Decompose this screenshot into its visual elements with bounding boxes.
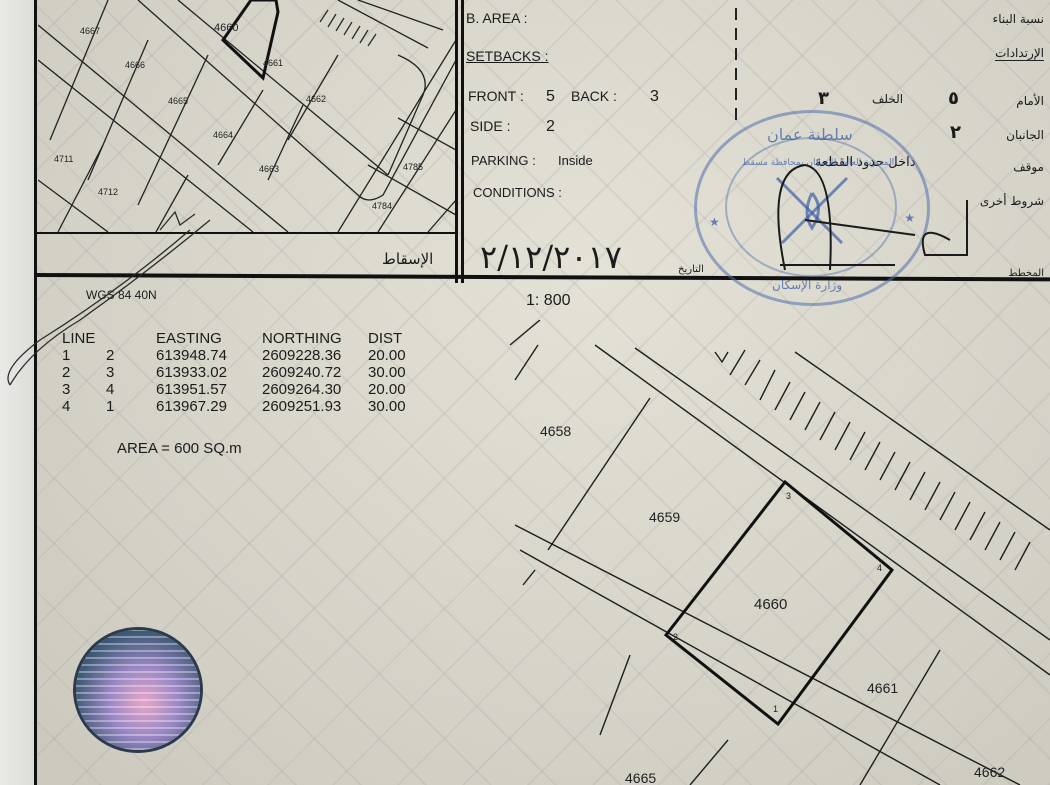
plot-label-4659: 4659 (649, 509, 680, 525)
b-area-label: B. AREA : (466, 10, 527, 26)
coordinate-cell: 2609264.30 (262, 381, 368, 398)
key-plot-label: 4663 (259, 164, 279, 174)
plot-label-4665: 4665 (625, 770, 656, 785)
conditions-label-ar: شروط أخرى (980, 194, 1044, 208)
conditions-label: CONDITIONS : (473, 185, 562, 200)
stamp-top-text: سلطنة عمان (767, 125, 853, 144)
coordinate-cell: 2609251.93 (262, 398, 368, 415)
parking-value: Inside (558, 153, 593, 168)
key-plot-label: 4661 (263, 58, 283, 68)
parking-label-ar: موقف (1013, 160, 1044, 174)
key-plot-label: 4711 (54, 154, 73, 164)
coordinate-cell: 20.00 (368, 381, 412, 398)
frame-divider-2 (461, 0, 464, 283)
coordinate-cell: 2609228.36 (262, 347, 368, 364)
back-label: BACK : (571, 88, 617, 104)
hologram-seal-icon (76, 630, 200, 750)
key-plot-label-selected: 4660 (214, 22, 238, 34)
key-plot-label: 4712 (98, 187, 118, 197)
key-plot-label: 4662 (306, 94, 326, 104)
coordinate-cell: 20.00 (368, 347, 412, 364)
coordinate-cell: 4 (62, 398, 102, 415)
coordinate-cell: 1 (102, 398, 156, 415)
dashed-divider (735, 8, 737, 128)
column-header: DIST (368, 330, 412, 347)
coordinates-row: 41613967.292609251.9330.00 (62, 398, 412, 415)
column-header: NORTHING (262, 330, 368, 347)
side-value-ar: ٢ (950, 122, 961, 143)
coordinate-cell: 30.00 (368, 364, 412, 381)
corner-label-3: 3 (786, 491, 791, 501)
key-plan-map (38, 0, 456, 232)
setbacks-label-ar: الإرتدادات (995, 46, 1044, 61)
plot-label-4661: 4661 (867, 680, 898, 696)
back-value-ar: ٣ (818, 88, 829, 109)
front-value-ar: ٥ (948, 88, 959, 109)
side-value: 2 (546, 118, 555, 136)
plot-label-4660-subject: 4660 (754, 596, 787, 613)
corner-label-2: 2 (673, 632, 678, 642)
key-plan-region-label: الإسقاط (382, 250, 433, 268)
key-plot-label: 4785 (403, 162, 423, 172)
pen-mark (0, 200, 230, 400)
handwritten-date: ٢/١٢/٢٠١٧ (480, 238, 622, 276)
side-label: SIDE : (470, 118, 510, 134)
date-label-ar: التاريخ (678, 264, 704, 275)
coordinate-cell: 30.00 (368, 398, 412, 415)
front-label-ar: الأمام (1016, 94, 1044, 108)
back-value: 3 (650, 88, 659, 106)
key-plot-label: 4667 (80, 26, 100, 36)
key-plot-label: 4664 (213, 130, 233, 140)
corner-label-1: 1 (773, 704, 778, 714)
coordinate-cell: 613967.29 (156, 398, 262, 415)
key-plot-label: 4665 (168, 96, 188, 106)
site-plan-map (460, 320, 1050, 785)
plot-label-4658: 4658 (540, 423, 571, 439)
corner-label-4: 4 (877, 563, 882, 573)
parking-label: PARKING : (471, 153, 536, 168)
key-plot-label: 4784 (372, 201, 392, 211)
planner-label-ar: المخطط (1008, 268, 1044, 279)
signature-mark (745, 160, 975, 280)
b-area-label-ar: نسبة البناء (993, 12, 1044, 26)
scale-label: 1: 800 (526, 292, 570, 310)
front-label: FRONT : (468, 88, 524, 104)
star-icon: ★ (709, 215, 720, 229)
front-value: 5 (546, 88, 555, 106)
side-label-ar: الجانبان (1006, 128, 1044, 142)
coordinate-cell: 2609240.72 (262, 364, 368, 381)
key-plot-label: 4666 (125, 60, 145, 70)
area-label: AREA = 600 SQ.m (117, 440, 242, 457)
setbacks-label: SETBACKS : (466, 48, 548, 64)
frame-divider-1 (455, 0, 458, 283)
stamp-bottom-text: وزارة الإسكان (772, 278, 842, 292)
plot-label-4662: 4662 (974, 764, 1005, 780)
back-label-ar: الخلف (872, 92, 903, 106)
